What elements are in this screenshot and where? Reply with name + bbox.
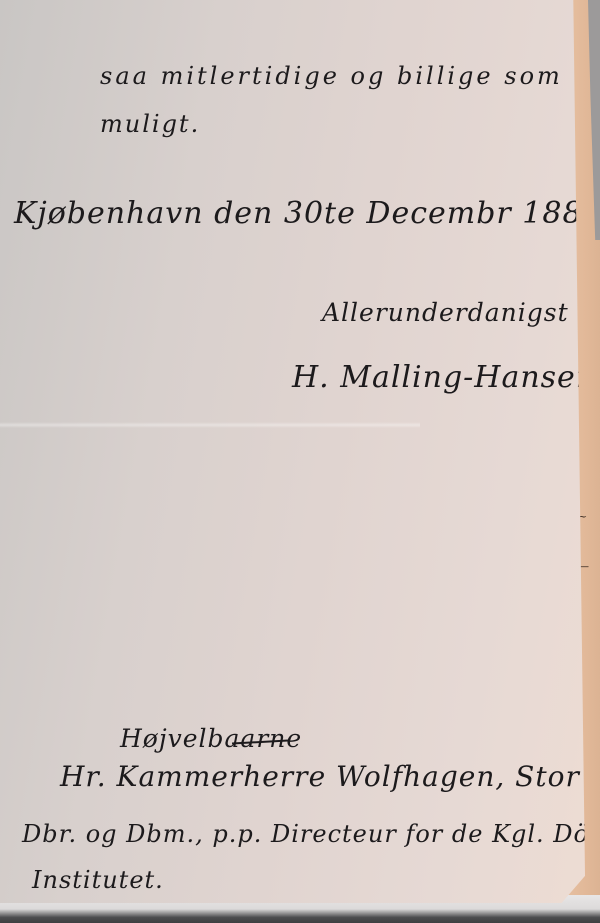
addressee-salutation: Højvelbaarne [120, 724, 302, 753]
signature: H. Malling-Hansen. [292, 360, 600, 395]
body-line-1: saa mitlertidige og billige som [100, 62, 563, 90]
letter-page: saa mitlertidige og billige som muligt. … [0, 0, 585, 903]
closing-phrase: Allerunderdanigst [322, 298, 569, 327]
body-line-2: muligt. [100, 110, 200, 138]
photo-scene: ~ — saa mitlertidige og billige som muli… [0, 0, 600, 923]
addressee-line-1: Hr. Kammerherre Wolfhagen, Stor Kors af [60, 760, 600, 793]
paper-fold-line [0, 422, 420, 428]
addressee-line-3: Institutet. [32, 866, 164, 894]
addressee-line-2: Dbr. og Dbm., p.p. Directeur for de Kgl.… [22, 820, 600, 848]
dateline: Kjøbenhavn den 30te Decembr 1884. [14, 196, 600, 231]
